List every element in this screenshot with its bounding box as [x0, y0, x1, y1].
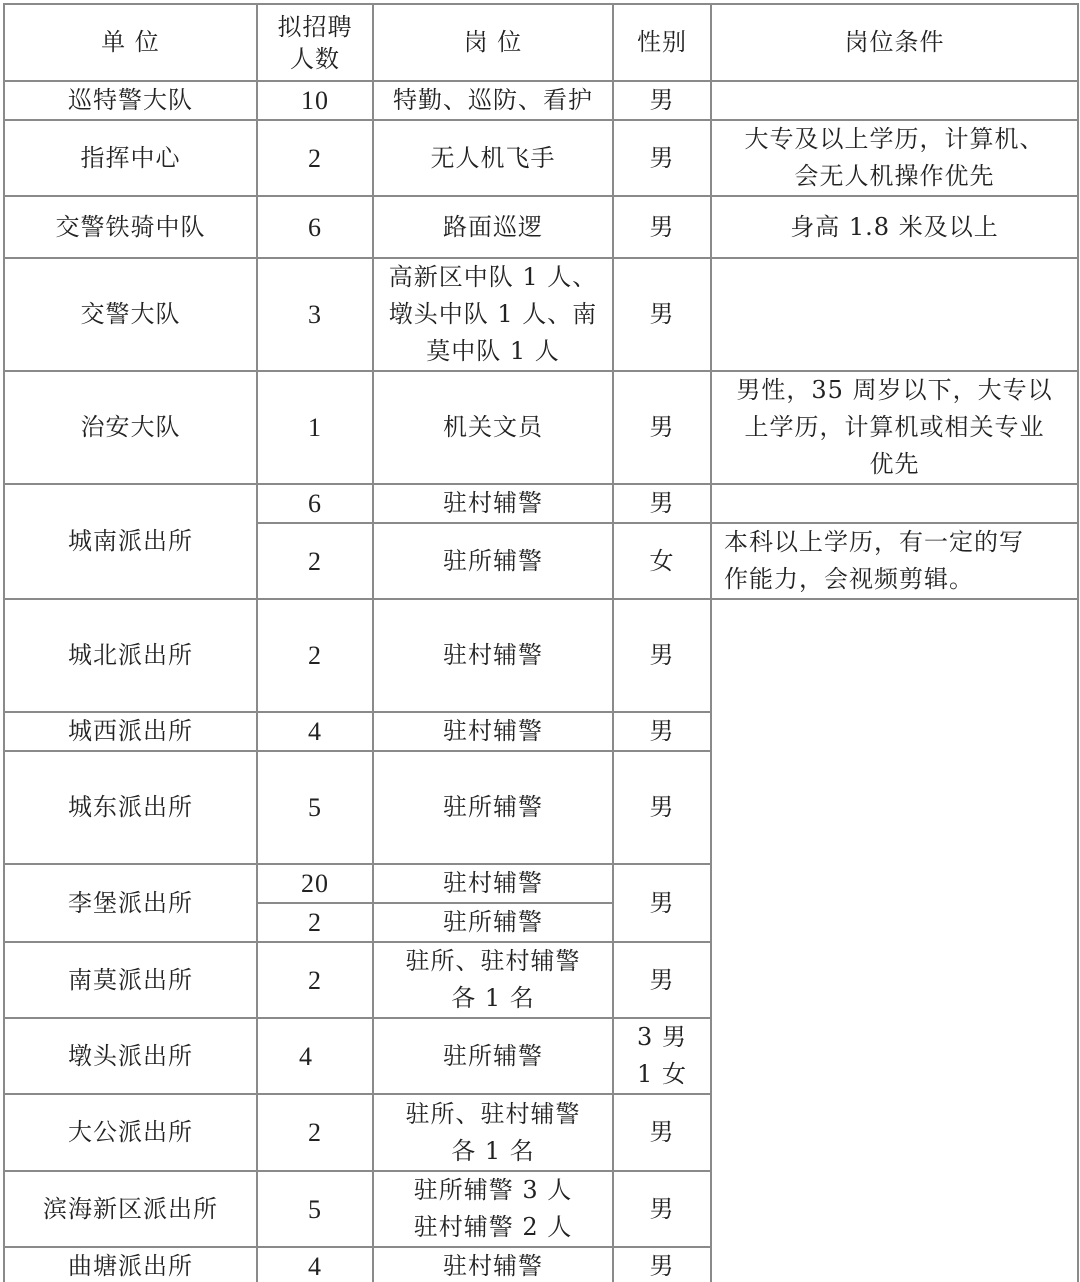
- unit-cell: 城北派出所: [4, 599, 257, 712]
- gender-cell: 男: [613, 258, 711, 371]
- count-cell: 3: [257, 258, 373, 371]
- header-requirements: 岗位条件: [711, 4, 1078, 81]
- gender-cell: 男: [613, 864, 711, 942]
- position-cell: 高新区中队 1 人、 墩头中队 1 人、南 莫中队 1 人: [373, 258, 613, 371]
- recruitment-table: 单 位 拟招聘 人数 岗 位 性别 岗位条件 巡特警大队 10 特勤、巡防、看护…: [3, 3, 1079, 1282]
- header-unit: 单 位: [4, 4, 257, 81]
- requirements-cell: [711, 81, 1078, 120]
- header-gender: 性别: [613, 4, 711, 81]
- unit-cell: 曲塘派出所: [4, 1247, 257, 1282]
- position-cell: 路面巡逻: [373, 196, 613, 258]
- unit-cell: 治安大队: [4, 371, 257, 484]
- unit-cell: 墩头派出所: [4, 1018, 257, 1094]
- position-cell: 驻所辅警: [373, 903, 613, 942]
- table-row: 指挥中心 2 无人机飞手 男 大专及以上学历，计算机、 会无人机操作优先: [4, 120, 1078, 196]
- count-cell: 6: [257, 484, 373, 523]
- position-cell: 无人机飞手: [373, 120, 613, 196]
- table-row: 巡特警大队 10 特勤、巡防、看护 男: [4, 81, 1078, 120]
- count-cell: 5: [257, 1171, 373, 1247]
- unit-cell: 城南派出所: [4, 484, 257, 599]
- header-row: 单 位 拟招聘 人数 岗 位 性别 岗位条件: [4, 4, 1078, 81]
- gender-cell: 男: [613, 484, 711, 523]
- gender-cell: 男: [613, 1094, 711, 1171]
- table-row: 治安大队 1 机关文员 男 男性，35 周岁以下，大专以 上学历，计算机或相关专…: [4, 371, 1078, 484]
- position-cell: 特勤、巡防、看护: [373, 81, 613, 120]
- gender-cell: 男: [613, 942, 711, 1018]
- unit-cell: 大公派出所: [4, 1094, 257, 1171]
- unit-cell: 滨海新区派出所: [4, 1171, 257, 1247]
- unit-cell: 巡特警大队: [4, 81, 257, 120]
- gender-cell: 男: [613, 712, 711, 751]
- count-cell: 2: [257, 523, 373, 599]
- gender-cell: 男: [613, 196, 711, 258]
- count-cell: 20: [257, 864, 373, 903]
- gender-cell: 女: [613, 523, 711, 599]
- unit-cell: 交警铁骑中队: [4, 196, 257, 258]
- table-row: 城南派出所 6 驻村辅警 男: [4, 484, 1078, 523]
- position-cell: 驻村辅警: [373, 1247, 613, 1282]
- count-cell: 10: [257, 81, 373, 120]
- requirements-cell: [711, 484, 1078, 523]
- position-cell: 驻村辅警: [373, 484, 613, 523]
- header-count: 拟招聘 人数: [257, 4, 373, 81]
- table-row: 交警铁骑中队 6 路面巡逻 男 身高 1.8 米及以上: [4, 196, 1078, 258]
- gender-cell: 男: [613, 1247, 711, 1282]
- position-cell: 驻所辅警: [373, 1018, 613, 1094]
- requirements-cell: 本科以上学历，有一定的写 作能力，会视频剪辑。: [711, 523, 1078, 599]
- count-cell: 4: [257, 1247, 373, 1282]
- unit-cell: 南莫派出所: [4, 942, 257, 1018]
- gender-cell: 男: [613, 751, 711, 864]
- position-cell: 驻所、驻村辅警 各 1 名: [373, 1094, 613, 1171]
- table-row: 交警大队 3 高新区中队 1 人、 墩头中队 1 人、南 莫中队 1 人 男: [4, 258, 1078, 371]
- position-cell: 驻村辅警: [373, 864, 613, 903]
- position-cell: 驻所辅警: [373, 751, 613, 864]
- count-cell: 2: [257, 942, 373, 1018]
- count-cell: 2: [257, 903, 373, 942]
- position-cell: 驻所辅警 3 人 驻村辅警 2 人: [373, 1171, 613, 1247]
- position-cell: 驻村辅警: [373, 712, 613, 751]
- gender-cell: 男: [613, 371, 711, 484]
- table-row: 城北派出所 2 驻村辅警 男: [4, 599, 1078, 712]
- count-cell: 2: [257, 1094, 373, 1171]
- count-cell: 4: [257, 1018, 373, 1094]
- position-cell: 驻村辅警: [373, 599, 613, 712]
- requirements-cell: [711, 258, 1078, 371]
- count-cell: 6: [257, 196, 373, 258]
- unit-cell: 城西派出所: [4, 712, 257, 751]
- requirements-merged-blank: [711, 599, 1078, 1282]
- count-cell: 4: [257, 712, 373, 751]
- header-position: 岗 位: [373, 4, 613, 81]
- unit-cell: 交警大队: [4, 258, 257, 371]
- count-cell: 1: [257, 371, 373, 484]
- count-cell: 2: [257, 599, 373, 712]
- gender-cell: 男: [613, 1171, 711, 1247]
- requirements-cell: 男性，35 周岁以下，大专以 上学历，计算机或相关专业 优先: [711, 371, 1078, 484]
- requirements-cell: 大专及以上学历，计算机、 会无人机操作优先: [711, 120, 1078, 196]
- position-cell: 驻所、驻村辅警 各 1 名: [373, 942, 613, 1018]
- position-cell: 机关文员: [373, 371, 613, 484]
- position-cell: 驻所辅警: [373, 523, 613, 599]
- gender-cell: 男: [613, 81, 711, 120]
- unit-cell: 李堡派出所: [4, 864, 257, 942]
- count-cell: 5: [257, 751, 373, 864]
- count-cell: 2: [257, 120, 373, 196]
- requirements-cell: 身高 1.8 米及以上: [711, 196, 1078, 258]
- unit-cell: 指挥中心: [4, 120, 257, 196]
- gender-cell: 男: [613, 599, 711, 712]
- gender-cell: 3 男 1 女: [613, 1018, 711, 1094]
- gender-cell: 男: [613, 120, 711, 196]
- unit-cell: 城东派出所: [4, 751, 257, 864]
